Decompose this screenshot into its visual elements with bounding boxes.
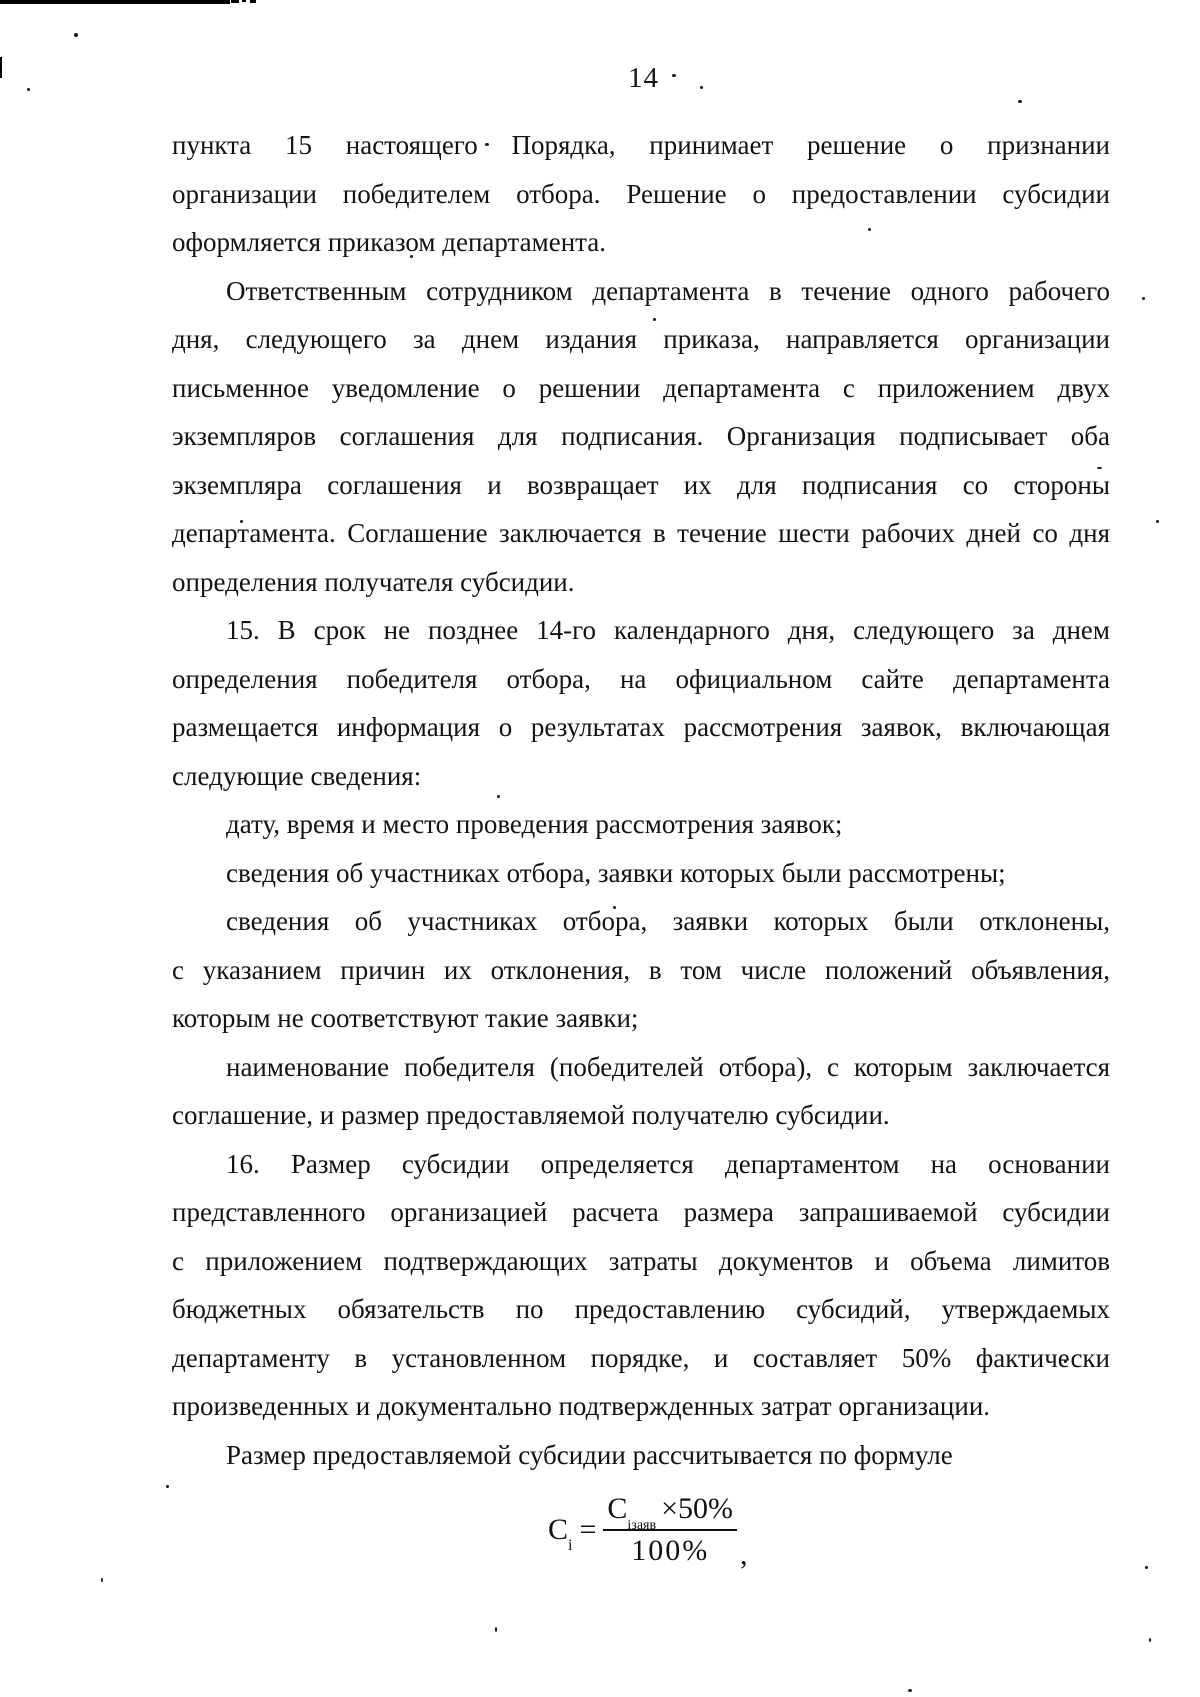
subsidy-formula: Ci = Ciзаяв×50% 100% , (548, 1492, 748, 1568)
scan-speck (1064, 1360, 1067, 1363)
text-line: Ответственным сотрудником департамента в… (172, 267, 1110, 316)
text-line: размещается информация о результатах рас… (172, 703, 1110, 752)
paragraph: Размер предоставляемой субсидии рассчиты… (172, 1431, 1110, 1480)
paragraph: наименование победителя (победителей отб… (172, 1043, 1110, 1140)
scan-speck (485, 143, 489, 146)
scan-speck (74, 33, 78, 37)
text-line: сведения об участниках отбора, заявки ко… (172, 897, 1110, 946)
text-line: с указанием причин их отклонения, в том … (172, 946, 1110, 995)
paragraph: 16. Размер субсидии определяется департа… (172, 1140, 1110, 1431)
scan-edge-dash (242, 0, 246, 2)
scan-edge-bar (0, 0, 230, 4)
scanned-document-page: 14 пункта 15 настоящего Порядка, принима… (0, 0, 1200, 1697)
scan-speck (672, 74, 676, 77)
text-line: 16. Размер субсидии определяется департа… (172, 1140, 1110, 1189)
text-line: соглашение, и размер предоставляемой пол… (172, 1091, 1110, 1140)
paragraph: Ответственным сотрудником департамента в… (172, 267, 1110, 607)
text-line: сведения об участниках отбора, заявки ко… (172, 849, 1110, 898)
text-line: экземпляра соглашения и возвращает их дл… (172, 461, 1110, 510)
scan-speck (240, 520, 243, 523)
scan-speck (101, 1578, 103, 1582)
text-line: наименование победителя (победителей отб… (172, 1043, 1110, 1092)
scan-speck (653, 318, 656, 321)
formula-numerator-subscript: iзаяв (627, 1518, 656, 1533)
scan-speck (757, 388, 760, 391)
text-line: оформляется приказом департамента. (172, 218, 1110, 267)
scan-speck (908, 1689, 912, 1692)
text-line: дня, следующего за днем издания приказа,… (172, 315, 1110, 364)
scan-speck (1156, 520, 1159, 523)
scan-speck (1145, 1566, 1148, 1569)
text-line: экземпляров соглашения для подписания. О… (172, 412, 1110, 461)
text-line: произведенных и документально подтвержде… (172, 1382, 1110, 1431)
scan-speck (1142, 297, 1145, 300)
scan-speck (613, 906, 616, 909)
text-line: письменное уведомление о решении департа… (172, 364, 1110, 413)
formula-denominator: 100% (631, 1531, 709, 1568)
scan-edge-dash (250, 0, 256, 3)
text-line: пункта 15 настоящего Порядка, принимает … (172, 121, 1110, 170)
scan-speck (700, 86, 703, 89)
text-line: организации победителем отбора. Решение … (172, 170, 1110, 219)
scan-speck (868, 228, 871, 231)
formula-lhs-base: C (548, 1513, 568, 1546)
text-line: Размер предоставляемой субсидии рассчиты… (172, 1431, 1110, 1480)
text-line: департамента. Соглашение заключается в т… (172, 509, 1110, 558)
paragraph: сведения об участниках отбора, заявки ко… (172, 897, 1110, 1043)
scan-speck (27, 88, 30, 91)
formula-fraction: Ciзаяв×50% 100% (603, 1492, 737, 1568)
scan-speck (1097, 467, 1102, 469)
text-line: представленного организацией расчета раз… (172, 1188, 1110, 1237)
paragraph: 15. В срок не позднее 14-го календарного… (172, 606, 1110, 800)
formula-lhs-subscript: i (568, 1537, 572, 1554)
scan-speck (495, 1627, 497, 1632)
scan-speck (410, 255, 413, 258)
paragraph: сведения об участниках отбора, заявки ко… (172, 849, 1110, 898)
scan-speck (1018, 100, 1022, 103)
scan-edge-tick (0, 57, 2, 78)
text-line: бюджетных обязательств по предоставлению… (172, 1285, 1110, 1334)
paragraph: дату, время и место проведения рассмотре… (172, 800, 1110, 849)
text-line: определения победителя отбора, на официа… (172, 655, 1110, 704)
formula-trailing-comma: , (740, 1538, 748, 1572)
paragraph: пункта 15 настоящего Порядка, принимает … (172, 121, 1110, 267)
text-line: 15. В срок не позднее 14-го календарного… (172, 606, 1110, 655)
formula-numerator: Ciзаяв×50% (603, 1492, 737, 1531)
scan-speck (497, 795, 500, 798)
scan-edge-dash (231, 0, 239, 3)
text-line: определения получателя субсидии. (172, 558, 1110, 607)
scan-speck (1149, 1638, 1151, 1642)
text-line: следующие сведения: (172, 752, 1110, 801)
formula-lhs: Ci (548, 1513, 572, 1547)
text-line: которым не соответствуют такие заявки; (172, 994, 1110, 1043)
formula-numerator-base: C (607, 1492, 627, 1525)
text-line: с приложением подтверждающих затраты док… (172, 1237, 1110, 1286)
text-line: дату, время и место проведения рассмотре… (172, 800, 1110, 849)
document-text-body: пункта 15 настоящего Порядка, принимает … (172, 121, 1110, 1479)
text-line: департаменту в установленном порядке, и … (172, 1334, 1110, 1383)
formula-numerator-factor: ×50% (661, 1492, 733, 1525)
page-number: 14 (628, 62, 659, 95)
scan-speck (166, 1485, 169, 1488)
formula-equals-sign: = (579, 1513, 596, 1547)
